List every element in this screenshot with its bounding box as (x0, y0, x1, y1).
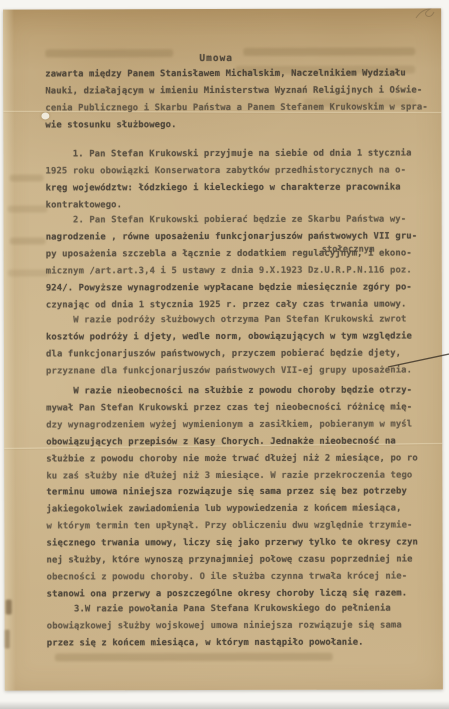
typed-line: mywał Pan Stefan Krukowski przez czas te… (46, 402, 438, 413)
typed-line: ku zaś służby nie dłużej niż 3 miesiące.… (46, 470, 438, 481)
typed-line: Nauki, działającym w imieniu Ministerstw… (45, 85, 437, 96)
interline-insertion: stołecznym (322, 245, 375, 255)
typed-line: sięcznego trwania umowy, liczy się jako … (46, 538, 438, 549)
typed-line: nej służby, które wynoszą przynajmniej p… (47, 554, 439, 565)
scanned-document: { "meta": { "kind": "scanned typewritten… (0, 0, 449, 709)
document-title: Umowa (151, 53, 281, 64)
typed-line: py uposażenia szczebla a łącznie z dodat… (46, 248, 438, 259)
typed-line: dzy wynagrodzeniem wyżej wymienionym a z… (46, 419, 438, 430)
typed-line: 924/. Powyższe wynagrodzenie wypłacane b… (46, 282, 438, 293)
typed-line: 3.W razie powołania Pana Stefana Krukows… (47, 603, 439, 614)
typed-text-layer: Umowa zawarta między Panem Stanisławem M… (3, 8, 443, 690)
typed-line: wie stosunku służbowego. (45, 119, 437, 130)
typed-line: 1. Pan Stefan Krukowski przyjmuje na sie… (45, 148, 437, 159)
typed-line: obowiązkowej służby wojskowej umowa nini… (47, 620, 439, 631)
typed-line: obecności z powodu choroby. O ile służba… (47, 571, 439, 582)
typed-line: micznym /art.art.3,4 i 5 ustawy z dnia 9… (46, 265, 438, 276)
typed-line: służbie z powodu choroby nie może trwać … (46, 453, 438, 464)
typed-line: cenia Publicznego i Skarbu Państwa a Pan… (45, 102, 437, 113)
scan-bed-shadow (0, 701, 449, 709)
typed-line: stanowi ona przerwy a poszczególne okres… (47, 588, 439, 599)
typed-line: dla funkcjonarjuszów państwowych, przycz… (46, 348, 438, 359)
typed-line: zawarta między Panem Stanisławem Michals… (45, 68, 437, 79)
typed-line: czynając od dnia 1 stycznia 1925 r. prze… (46, 299, 438, 310)
typed-line: 2. Pan Stefan Krukowski pobierać będzie … (46, 214, 438, 225)
typed-line: W razie nieobecności na służbie z powodu… (46, 385, 438, 396)
typed-line: terminu umowa niniejsza rozwiązuje się s… (46, 487, 438, 498)
typed-line: 1925 roku obowiązki Konserwatora zabytkó… (46, 165, 438, 176)
typed-line: kontraktowego. (46, 199, 438, 210)
typed-line: kręg województw: łódzkiego i kieleckiego… (46, 182, 438, 193)
typed-line: W razie podróży służbowych otrzyma Pan S… (46, 314, 438, 325)
typed-line: w którym termin ten upłynął. Przy oblicz… (46, 521, 438, 532)
typed-line: jakiegokolwiek zawiadomienia lub wypowie… (46, 504, 438, 515)
typed-line: kosztów podróży i djety, wedle norm, obo… (46, 331, 438, 342)
typed-line: przez się z końcem miesiąca, w którym na… (47, 637, 439, 648)
typed-line: nagrodzenie , równe uposażeniu funkcjona… (46, 231, 438, 242)
typed-line: przyznane dla funkcjonarjuszów państwowy… (46, 365, 438, 376)
document-page: Umowa zawarta między Panem Stanisławem M… (3, 8, 443, 690)
typed-line: obowiązujących przepisów z Kasy Chorych.… (46, 436, 438, 447)
